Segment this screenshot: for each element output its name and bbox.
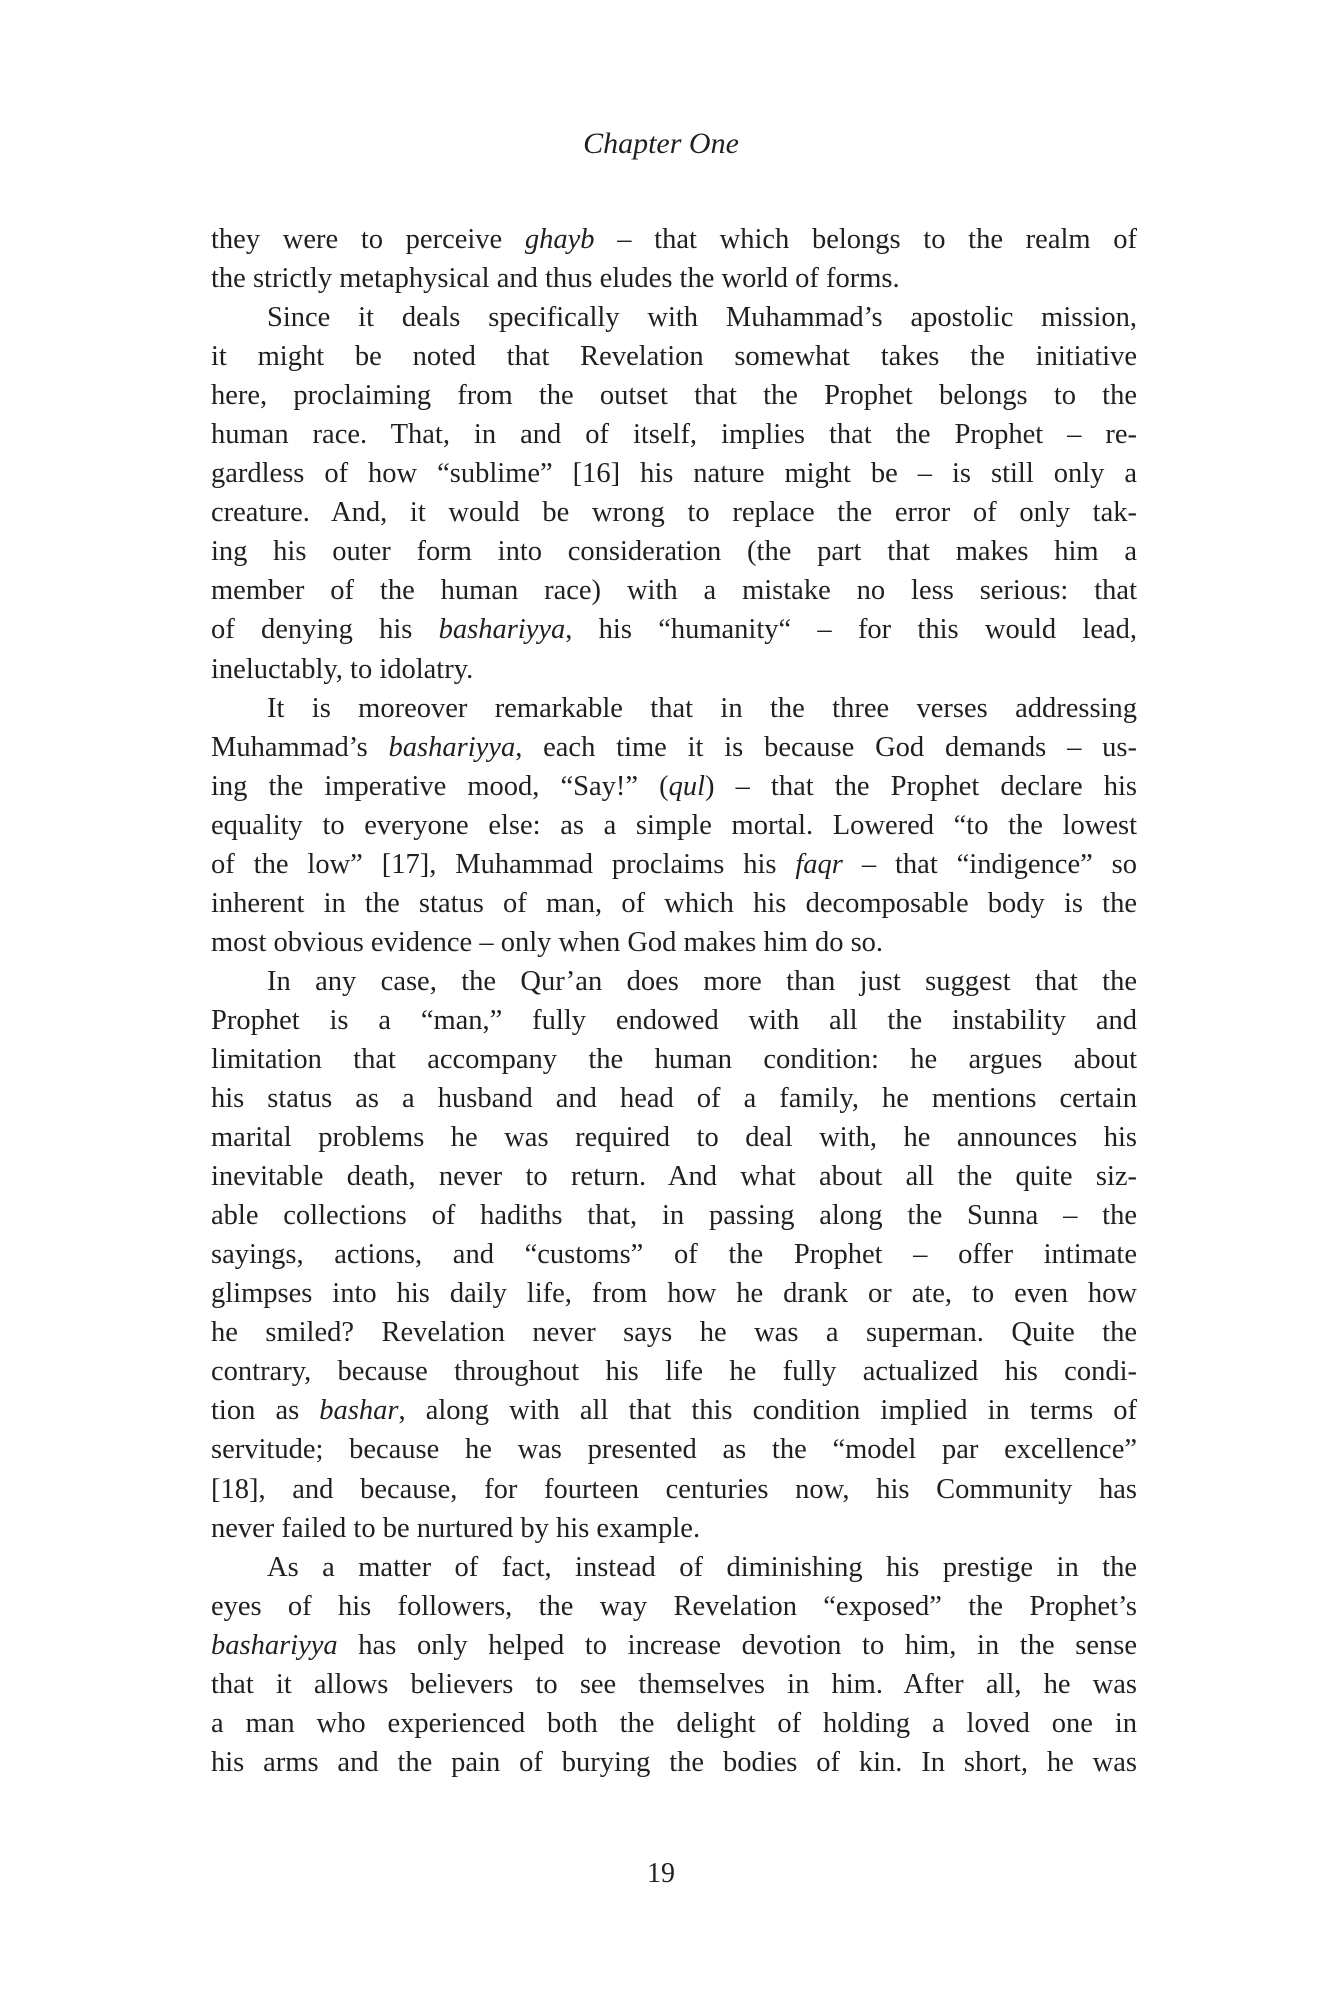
text-segment: that it allows believers to see themselv… [211,1669,1137,1700]
text-segment: servitude; because he was presented as t… [211,1434,1137,1465]
text-segment: able collections of hadiths that, in pas… [211,1200,1137,1231]
text-line: most obvious evidence – only when God ma… [211,923,1137,962]
text-segment: ineluctably, to idolatry. [211,654,473,685]
text-line: able collections of hadiths that, in pas… [211,1196,1137,1235]
italic-term: bashariyya [439,614,566,645]
text-segment: the strictly metaphysical and thus elude… [211,263,900,294]
running-head: Chapter One [0,126,1322,162]
text-line: ing his outer form into consideration (t… [211,532,1137,571]
text-line: ineluctably, to idolatry. [211,650,1137,689]
text-segment: of denying his [211,614,439,645]
text-segment: Muhammad’s [211,732,389,763]
text-line: tion as bashar, along with all that this… [211,1391,1137,1430]
text-segment: limitation that accompany the human cond… [211,1044,1137,1075]
text-segment: It is moreover remarkable that in the th… [267,693,1137,724]
paragraph: It is moreover remarkable that in the th… [211,689,1137,962]
text-line: they were to perceive ghayb – that which… [211,220,1137,259]
text-line: equality to everyone else: as a simple m… [211,806,1137,845]
paragraph: Since it deals specifically with Muhamma… [211,298,1137,688]
text-line: marital problems he was required to deal… [211,1118,1137,1157]
italic-term: bashariyya [211,1630,338,1661]
text-line: inevitable death, never to return. And w… [211,1157,1137,1196]
text-segment: of the low” [17], Muhammad proclaims his [211,849,795,880]
text-segment: inherent in the status of man, of which … [211,888,1137,919]
text-line: glimpses into his daily life, from how h… [211,1274,1137,1313]
text-segment: ing his outer form into consideration (t… [211,536,1137,567]
paragraph: As a matter of fact, instead of diminish… [211,1548,1137,1782]
text-segment: his status as a husband and head of a fa… [211,1083,1137,1114]
text-segment: ing the imperative mood, “Say!” ( [211,771,669,802]
text-line: servitude; because he was presented as t… [211,1430,1137,1469]
text-line: Muhammad’s bashariyya, each time it is b… [211,728,1137,767]
text-line: he smiled? Revelation never says he was … [211,1313,1137,1352]
text-line: never failed to be nurtured by his examp… [211,1509,1137,1548]
text-segment: – that “indigence” so [843,849,1137,880]
text-segment: it might be noted that Revelation somewh… [211,341,1137,372]
text-line: gardless of how “sublime” [16] his natur… [211,454,1137,493]
text-line: inherent in the status of man, of which … [211,884,1137,923]
text-segment: sayings, actions, and “customs” of the P… [211,1239,1137,1270]
text-line: his arms and the pain of burying the bod… [211,1743,1137,1782]
text-line: eyes of his followers, the way Revelatio… [211,1587,1137,1626]
paragraph: In any case, the Qur’an does more than j… [211,962,1137,1548]
paragraph: they were to perceive ghayb – that which… [211,220,1137,298]
text-segment: – that which belongs to the realm of [595,224,1137,255]
text-segment: Prophet is a “man,” fully endowed with a… [211,1005,1137,1036]
text-line: ing the imperative mood, “Say!” (qul) – … [211,767,1137,806]
text-segment: he smiled? Revelation never says he was … [211,1317,1137,1348]
text-line: the strictly metaphysical and thus elude… [211,259,1137,298]
italic-term: qul [669,771,705,802]
text-line: sayings, actions, and “customs” of the P… [211,1235,1137,1274]
text-line: of the low” [17], Muhammad proclaims his… [211,845,1137,884]
text-line: it might be noted that Revelation somewh… [211,337,1137,376]
text-line: Prophet is a “man,” fully endowed with a… [211,1001,1137,1040]
text-segment: , his “humanity“ – for this would lead, [565,614,1137,645]
italic-term: ghayb [525,224,595,255]
text-line: member of the human race) with a mistake… [211,571,1137,610]
text-segment: they were to perceive [211,224,525,255]
text-segment: [18], and because, for fourteen centurie… [211,1474,1137,1505]
text-segment: never failed to be nurtured by his examp… [211,1513,700,1544]
text-segment: Since it deals specifically with Muhamma… [267,302,1137,333]
italic-term: bashar [319,1395,398,1426]
text-segment: creature. And, it would be wrong to repl… [211,497,1137,528]
text-segment: has only helped to increase devotion to … [338,1630,1137,1661]
page-number: 19 [0,1856,1322,1892]
text-line: bashariyya has only helped to increase d… [211,1626,1137,1665]
text-line: creature. And, it would be wrong to repl… [211,493,1137,532]
text-segment: inevitable death, never to return. And w… [211,1161,1137,1192]
text-line: here, proclaiming from the outset that t… [211,376,1137,415]
text-segment: As a matter of fact, instead of diminish… [267,1552,1137,1583]
book-page: Chapter One they were to perceive ghayb … [0,0,1322,2000]
text-segment: here, proclaiming from the outset that t… [211,380,1137,411]
text-line: his status as a husband and head of a fa… [211,1079,1137,1118]
text-segment: contrary, because throughout his life he… [211,1356,1137,1387]
text-line: limitation that accompany the human cond… [211,1040,1137,1079]
text-segment: a man who experienced both the delight o… [211,1708,1137,1739]
body-text: they were to perceive ghayb – that which… [211,220,1137,1782]
text-segment: his arms and the pain of burying the bod… [211,1747,1137,1778]
text-segment: member of the human race) with a mistake… [211,575,1137,606]
text-line: of denying his bashariyya, his “humanity… [211,610,1137,649]
text-line: a man who experienced both the delight o… [211,1704,1137,1743]
text-segment: , each time it is because God demands – … [515,732,1137,763]
italic-term: faqr [795,849,843,880]
text-segment: In any case, the Qur’an does more than j… [267,966,1137,997]
text-segment: marital problems he was required to deal… [211,1122,1137,1153]
text-segment: most obvious evidence – only when God ma… [211,927,883,958]
text-segment: human race. That, in and of itself, impl… [211,419,1137,450]
text-line: that it allows believers to see themselv… [211,1665,1137,1704]
text-line: As a matter of fact, instead of diminish… [211,1548,1137,1587]
text-segment: gardless of how “sublime” [16] his natur… [211,458,1137,489]
text-segment: equality to everyone else: as a simple m… [211,810,1137,841]
text-line: It is moreover remarkable that in the th… [211,689,1137,728]
text-segment: tion as [211,1395,319,1426]
text-segment: glimpses into his daily life, from how h… [211,1278,1137,1309]
text-segment: eyes of his followers, the way Revelatio… [211,1591,1137,1622]
italic-term: bashariyya [389,732,516,763]
text-line: human race. That, in and of itself, impl… [211,415,1137,454]
text-segment: , along with all that this condition imp… [398,1395,1137,1426]
text-line: contrary, because throughout his life he… [211,1352,1137,1391]
text-line: Since it deals specifically with Muhamma… [211,298,1137,337]
text-segment: ) – that the Prophet declare his [705,771,1137,802]
text-line: In any case, the Qur’an does more than j… [211,962,1137,1001]
text-line: [18], and because, for fourteen centurie… [211,1470,1137,1509]
